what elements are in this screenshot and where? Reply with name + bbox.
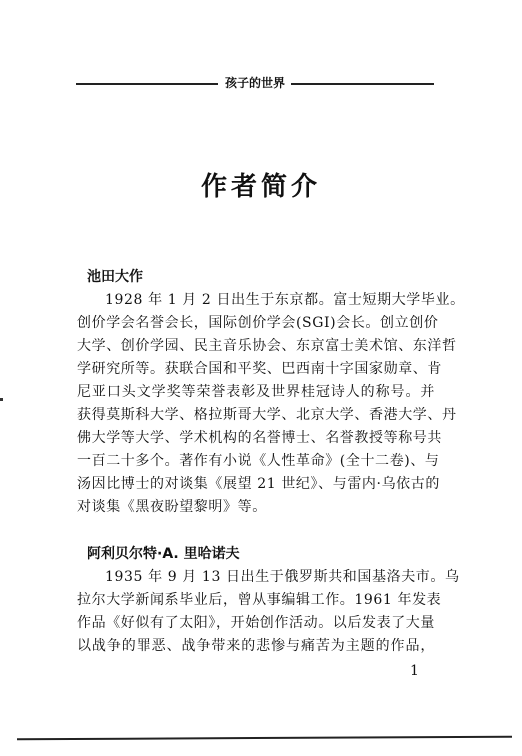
page-number: 1 bbox=[410, 661, 419, 681]
paragraph-line: 1935 年 9 月 13 日出生于俄罗斯共和国基洛夫市。乌 bbox=[77, 566, 435, 589]
paragraph-line: 以战争的罪恶、战争带来的悲惨与痛苦为主题的作品， bbox=[77, 635, 435, 658]
author-name: 池田大作 bbox=[77, 266, 435, 289]
author-bio-likhanov: 阿利贝尔特·A. 里哈诺夫 1935 年 9 月 13 日出生于俄罗斯共和国基洛… bbox=[77, 543, 435, 658]
paragraph-line: 学研究所等。获联合国和平奖、巴西南十字国家勋章、肯 bbox=[77, 358, 435, 381]
paragraph-line: 创价学会名誉会长，国际创价学会(SGI)会长。创立创价 bbox=[77, 312, 435, 335]
paragraph-line: 一百二十多个。著作有小说《人性革命》(全十二卷)、与 bbox=[77, 450, 435, 473]
paragraph-line: 获得莫斯科大学、格拉斯哥大学、北京大学、香港大学、丹 bbox=[77, 404, 435, 427]
bottom-rule bbox=[17, 736, 512, 741]
running-head: 孩子的世界 bbox=[0, 74, 522, 92]
author-bio-paragraph: 1928 年 1 月 2 日出生于东京都。富士短期大学毕业。 创价学会名誉会长，… bbox=[77, 289, 435, 519]
paragraph-line: 佛大学等大学、学术机构的名誉博士、名誉教授等称号共 bbox=[77, 427, 435, 450]
paragraph-line: 对谈集《黑夜盼望黎明》等。 bbox=[77, 496, 435, 519]
paragraph-line: 尼亚口头文学奖等荣誉表彰及世界桂冠诗人的称号。并 bbox=[77, 381, 435, 404]
paragraph-line: 1928 年 1 月 2 日出生于东京都。富士短期大学毕业。 bbox=[77, 289, 435, 312]
paragraph-line: 汤因比博士的对谈集《展望 21 世纪》、与雷内·乌依古的 bbox=[77, 473, 435, 496]
author-name: 阿利贝尔特·A. 里哈诺夫 bbox=[77, 543, 435, 566]
scan-artifact bbox=[0, 398, 3, 401]
running-head-rule-right bbox=[291, 83, 434, 85]
running-head-rule-left bbox=[76, 83, 218, 85]
page-title: 作者简介 bbox=[0, 170, 522, 204]
author-bio-ikeda: 池田大作 1928 年 1 月 2 日出生于东京都。富士短期大学毕业。 创价学会… bbox=[77, 266, 435, 519]
author-bio-paragraph: 1935 年 9 月 13 日出生于俄罗斯共和国基洛夫市。乌 拉尔大学新闻系毕业… bbox=[77, 566, 435, 658]
running-head-title: 孩子的世界 bbox=[222, 74, 288, 92]
paragraph-line: 拉尔大学新闻系毕业后，曾从事编辑工作。1961 年发表 bbox=[77, 589, 435, 612]
paragraph-line: 大学、创价学园、民主音乐协会、东京富士美术馆、东洋哲 bbox=[77, 335, 435, 358]
paragraph-line: 作品《好似有了太阳》，开始创作活动。以后发表了大量 bbox=[77, 612, 435, 635]
